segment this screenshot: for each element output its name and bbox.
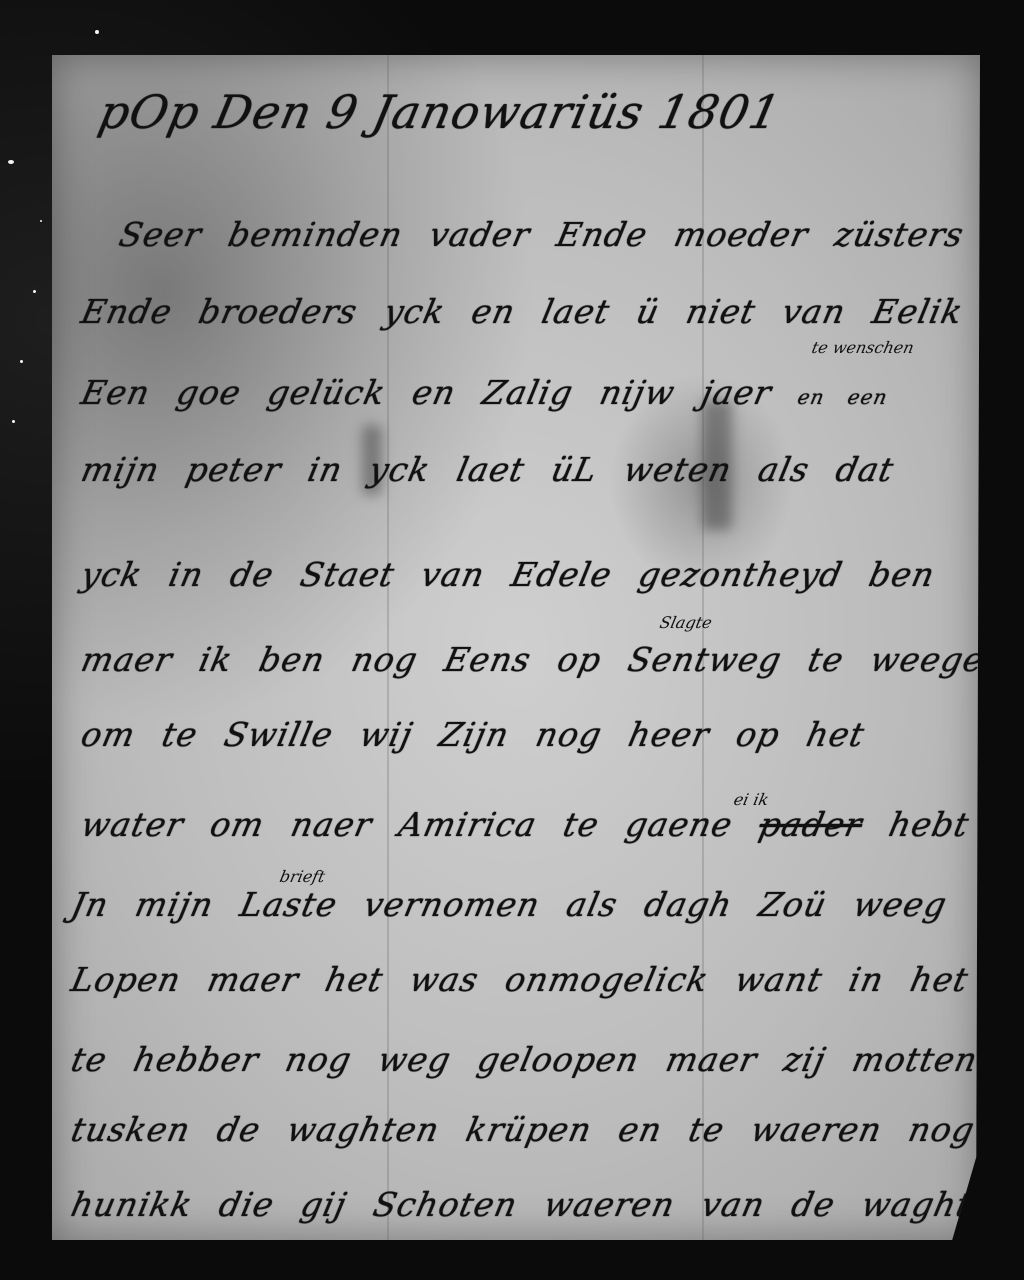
letter-line-2: Ende broeders yck en laet ü niet van Eel… (78, 292, 967, 331)
dust-speck (8, 160, 14, 164)
letter-line-7: om te Swille wij Zijn nog heer op het (78, 715, 869, 754)
dust-speck (12, 420, 15, 423)
letter-line-8-end: hebt (885, 805, 972, 844)
letter-line-6: maer ik ben nog Eens op Sentweg te weege (78, 640, 988, 679)
interlinear-insertion: Slagte (658, 613, 714, 632)
scanned-letter-image: pOp Den 9 Janowariüs 1801 Seer beminden … (0, 0, 1024, 1280)
dust-speck (33, 290, 36, 293)
dust-speck (40, 220, 42, 222)
letter-line-12: tusken de waghten krüpen en te waeren no… (68, 1110, 979, 1149)
letter-line-1: Seer beminden vader Ende moeder züsters (116, 215, 968, 254)
letter-line-11: te hebber nog weg geloopen maer zij mott… (68, 1040, 982, 1079)
interlinear-insertion: brieft (278, 867, 327, 886)
dust-speck (95, 30, 99, 34)
letter-page: pOp Den 9 Janowariüs 1801 Seer beminden … (52, 55, 980, 1240)
letter-line-3-text: Een goe gelück en Zalig nijw jaer (78, 373, 776, 412)
letter-line-8-text: water om naer Amirica te gaene (78, 805, 737, 844)
letter-line-4: mijn peter in yck laet üL weten als dat (78, 450, 898, 489)
heading-text: Op Den 9 Janowariüs 1801 (125, 85, 786, 139)
letter-line-13: hunikk die gij Schoten waeren van de wag… (68, 1185, 1018, 1224)
interlinear-insertion: te wenschen (810, 338, 916, 357)
letter-line-9: Jn mijn Laste vernomen als dagh Zoü weeg (68, 885, 951, 924)
letter-line-5: yck in de Staet van Edele gezontheyd ben (78, 555, 939, 594)
letter-line-8: water om naer Amirica te gaene pader heb… (78, 805, 973, 844)
letter-line-10: Lopen maer het was onmogelick want in he… (68, 960, 972, 999)
letter-line-3: Een goe gelück en Zalig nijw jaer en een (78, 373, 893, 412)
struck-word: pader (756, 805, 867, 844)
letter-date-heading: pOp Den 9 Janowariüs 1801 (94, 85, 786, 139)
interlinear-end: en een (795, 385, 890, 409)
dust-speck (20, 360, 23, 363)
